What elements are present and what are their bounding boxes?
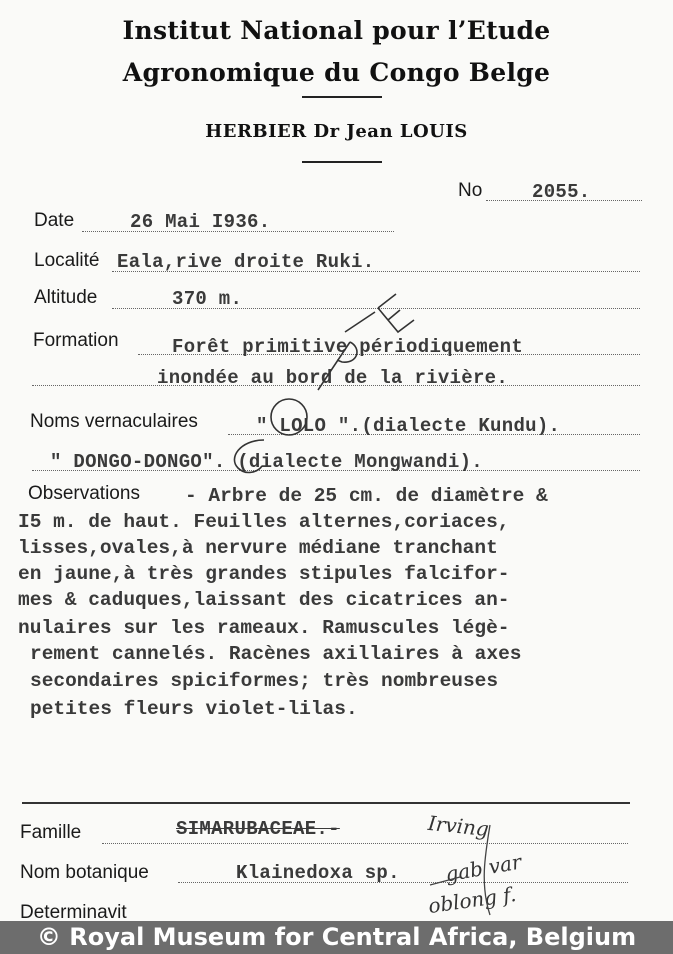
herbarium-label-sheet: Institut National pour l’Etude Agronomiq… [0, 0, 673, 954]
vernacular-names-label: Noms vernaculaires [30, 411, 198, 433]
vernacular-value-line2: " DONGO-DONGO". (dialecte Mongwandi). [50, 451, 483, 473]
copyright-banner: © Royal Museum for Central Africa, Belgi… [0, 921, 673, 954]
observations-line-4: en jaune,à très grandes stipules falcifo… [18, 561, 509, 588]
observations-line-7: rement cannelés. Racènes axillaires à ax… [30, 641, 521, 668]
section-divider [22, 802, 630, 804]
family-label: Famille [20, 822, 81, 844]
institution-title-line1: Institut National pour l’Etude [0, 16, 673, 45]
observations-line-6: nulaires sur les rameaux. Ramuscules lég… [18, 615, 509, 642]
observations-line-1: - Arbre de 25 cm. de diamètre & [185, 483, 548, 510]
altitude-value: 370 m. [172, 288, 242, 310]
altitude-label: Altitude [34, 287, 97, 309]
header-divider-top [302, 96, 382, 98]
determinavit-handwritten-annotation: oblong f. [427, 882, 518, 918]
botanical-name-value: Klainedoxa sp. [236, 862, 400, 884]
observations-label: Observations [28, 483, 140, 505]
observations-line-9: petites fleurs violet-lilas. [30, 696, 358, 723]
institution-title-line2: Agronomique du Congo Belge [0, 58, 673, 87]
number-label: No [458, 180, 482, 202]
botanical-name-label: Nom botanique [20, 862, 149, 884]
date-value: 26 Mai I936. [130, 211, 270, 233]
observations-line-8: secondaires spiciformes; très nombreuses [30, 668, 498, 695]
family-value: SIMARUBACEAE.- [176, 818, 340, 840]
date-label: Date [34, 210, 74, 232]
herbarium-title: HERBIER Dr Jean LOUIS [0, 121, 673, 142]
family-handwritten-annotation: Irving [427, 811, 490, 841]
observations-line-5: mes & caduques,laissant des cicatrices a… [18, 587, 509, 614]
family-dotted-line [102, 843, 628, 844]
observations-line-2: I5 m. de haut. Feuilles alternes,coriace… [18, 509, 509, 536]
observations-line-3: lisses,ovales,à nervure médiane tranchan… [18, 535, 498, 562]
formation-value-line2: inondée au bord de la rivière. [157, 367, 508, 389]
vernacular-value-line1: " LOLO ".(dialecte Kundu). [256, 415, 560, 437]
copie-stamp-text: COPIE [200, 280, 203, 281]
number-value: 2055. [532, 181, 591, 203]
header-divider-bottom [302, 161, 382, 163]
formation-label: Formation [33, 330, 119, 352]
locality-label: Localité [34, 250, 100, 272]
formation-value-line1: Forêt primitive périodiquement [172, 336, 523, 358]
botanical-name-handwritten-annotation: gab var [443, 850, 523, 887]
locality-value: Eala,rive droite Ruki. [117, 251, 374, 273]
